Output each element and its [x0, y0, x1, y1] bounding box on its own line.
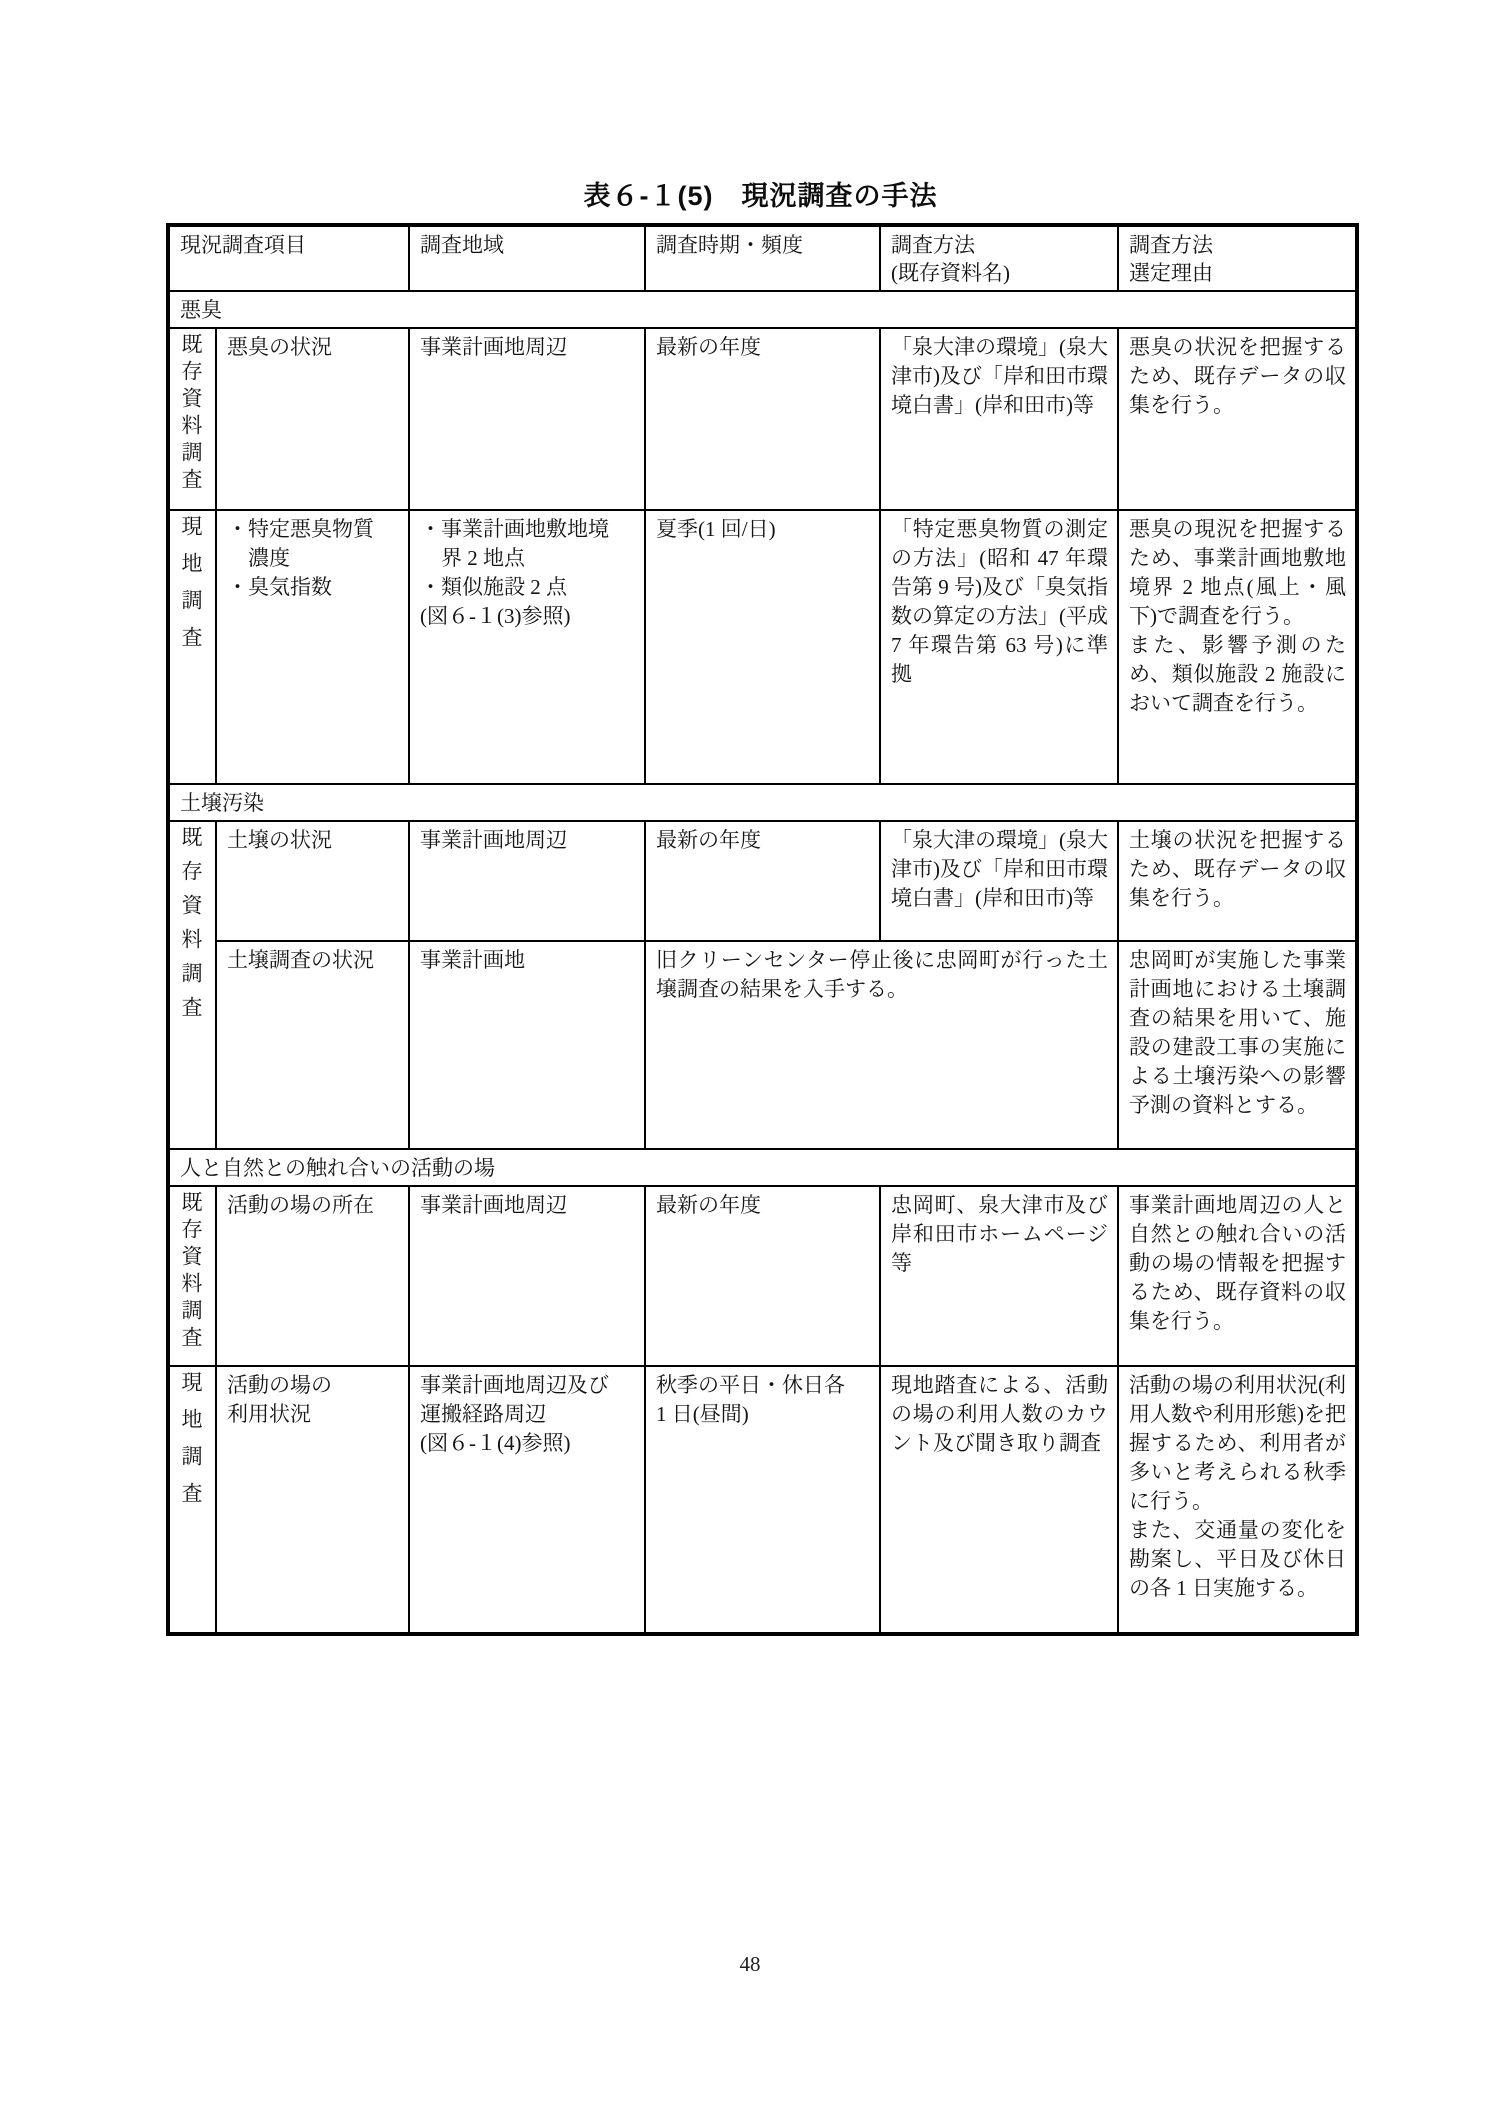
- table-row: 現地調査 ・特定悪臭物質 濃度 ・臭気指数 ・事業計画地敷地境 界 2 地点 ・…: [168, 510, 1357, 784]
- header-area: 調査地域: [409, 225, 645, 291]
- cell-period-method-merged: 旧クリーンセンター停止後に忠岡町が行った土壌調査の結果を入手する。: [645, 941, 1118, 1149]
- section-band-soil: 土壌汚染: [168, 784, 1357, 821]
- cell-method: 「泉大津の環境」(泉大津市)及び「岸和田市環境白書」(岸和田市)等: [880, 821, 1118, 941]
- survey-type-label: 現地調査: [180, 515, 201, 663]
- cell-survey-type: 既存資料調査: [168, 328, 216, 510]
- cell-period: 最新の年度: [645, 328, 880, 510]
- table-row: 土壌調査の状況 事業計画地 旧クリーンセンター停止後に忠岡町が行った土壌調査の結…: [168, 941, 1357, 1149]
- cell-area: ・事業計画地敷地境 界 2 地点 ・類似施設 2 点 (図６-１(3)参照): [409, 510, 645, 784]
- cell-area: 事業計画地周辺: [409, 821, 645, 941]
- cell-survey-type: 現地調査: [168, 1366, 216, 1634]
- cell-survey-type: 既存資料調査: [168, 1186, 216, 1366]
- table-row: 既存資料調査 悪臭の状況 事業計画地周辺 最新の年度 「泉大津の環境」(泉大津市…: [168, 328, 1357, 510]
- section-label: 人と自然との触れ合いの活動の場: [168, 1149, 1357, 1186]
- cell-period: 最新の年度: [645, 1186, 880, 1366]
- cell-period: 夏季(1 回/日): [645, 510, 880, 784]
- section-label: 土壌汚染: [168, 784, 1357, 821]
- cell-method: 「特定悪臭物質の測定の方法」(昭和 47 年環告第 9 号)及び「臭気指数の算定…: [880, 510, 1118, 784]
- cell-reason: 悪臭の状況を把握するため、既存データの収集を行う。: [1118, 328, 1357, 510]
- cell-period: 秋季の平日・休日各 1 日(昼間): [645, 1366, 880, 1634]
- document-page: 表６-１(5) 現況調査の手法 現況調査項目 調査地域 調査時期・頻度 調査方法…: [0, 0, 1500, 2122]
- cell-method: 「泉大津の環境」(泉大津市)及び「岸和田市環境白書」(岸和田市)等: [880, 328, 1118, 510]
- cell-area: 事業計画地: [409, 941, 645, 1149]
- cell-reason: 事業計画地周辺の人と自然との触れ合いの活動の場の情報を把握するため、既存資料の収…: [1118, 1186, 1357, 1366]
- table-row: 現地調査 活動の場の 利用状況 事業計画地周辺及び 運搬経路周辺 (図６-１(4…: [168, 1366, 1357, 1634]
- header-row: 現況調査項目 調査地域 調査時期・頻度 調査方法 (既存資料名) 調査方法 選定…: [168, 225, 1357, 291]
- table-title: 表６-１(5) 現況調査の手法: [166, 174, 1355, 213]
- header-period: 調査時期・頻度: [645, 225, 880, 291]
- cell-item: 土壌の状況: [216, 821, 409, 941]
- cell-method: 忠岡町、泉大津市及び岸和田市ホームページ等: [880, 1186, 1118, 1366]
- survey-type-label: 既存資料調査: [180, 1191, 201, 1353]
- table-row: 既存資料調査 土壌の状況 事業計画地周辺 最新の年度 「泉大津の環境」(泉大津市…: [168, 821, 1357, 941]
- cell-reason: 悪臭の現況を把握するため、事業計画地敷地境界 2 地点(風上・風下)で調査を行う…: [1118, 510, 1357, 784]
- cell-item: 土壌調査の状況: [216, 941, 409, 1149]
- cell-item: ・特定悪臭物質 濃度 ・臭気指数: [216, 510, 409, 784]
- cell-area: 事業計画地周辺及び 運搬経路周辺 (図６-１(4)参照): [409, 1366, 645, 1634]
- section-band-nature: 人と自然との触れ合いの活動の場: [168, 1149, 1357, 1186]
- cell-method: 現地踏査による、活動の場の利用人数のカウント及び聞き取り調査: [880, 1366, 1118, 1634]
- survey-methods-table: 現況調査項目 調査地域 調査時期・頻度 調査方法 (既存資料名) 調査方法 選定…: [166, 223, 1359, 1636]
- cell-period: 最新の年度: [645, 821, 880, 941]
- cell-item: 活動の場の所在: [216, 1186, 409, 1366]
- header-method: 調査方法 (既存資料名): [880, 225, 1118, 291]
- header-item: 現況調査項目: [168, 225, 409, 291]
- section-label: 悪臭: [168, 291, 1357, 328]
- survey-type-label: 既存資料調査: [180, 333, 201, 495]
- survey-type-label: 既存資料調査: [180, 826, 201, 1030]
- table-row: 既存資料調査 活動の場の所在 事業計画地周辺 最新の年度 忠岡町、泉大津市及び岸…: [168, 1186, 1357, 1366]
- cell-item: 悪臭の状況: [216, 328, 409, 510]
- cell-reason: 活動の場の利用状況(利用人数や利用形態)を把握するため、利用者が多いと考えられる…: [1118, 1366, 1357, 1634]
- cell-area: 事業計画地周辺: [409, 1186, 645, 1366]
- cell-item: 活動の場の 利用状況: [216, 1366, 409, 1634]
- header-reason: 調査方法 選定理由: [1118, 225, 1357, 291]
- cell-survey-type: 現地調査: [168, 510, 216, 784]
- cell-survey-type: 既存資料調査: [168, 821, 216, 1149]
- cell-reason: 土壌の状況を把握するため、既存データの収集を行う。: [1118, 821, 1357, 941]
- survey-type-label: 現地調査: [180, 1371, 201, 1519]
- section-band-odor: 悪臭: [168, 291, 1357, 328]
- page-number: 48: [0, 1952, 1500, 1977]
- cell-reason: 忠岡町が実施した事業計画地における土壌調査の結果を用いて、施設の建設工事の実施に…: [1118, 941, 1357, 1149]
- cell-area: 事業計画地周辺: [409, 328, 645, 510]
